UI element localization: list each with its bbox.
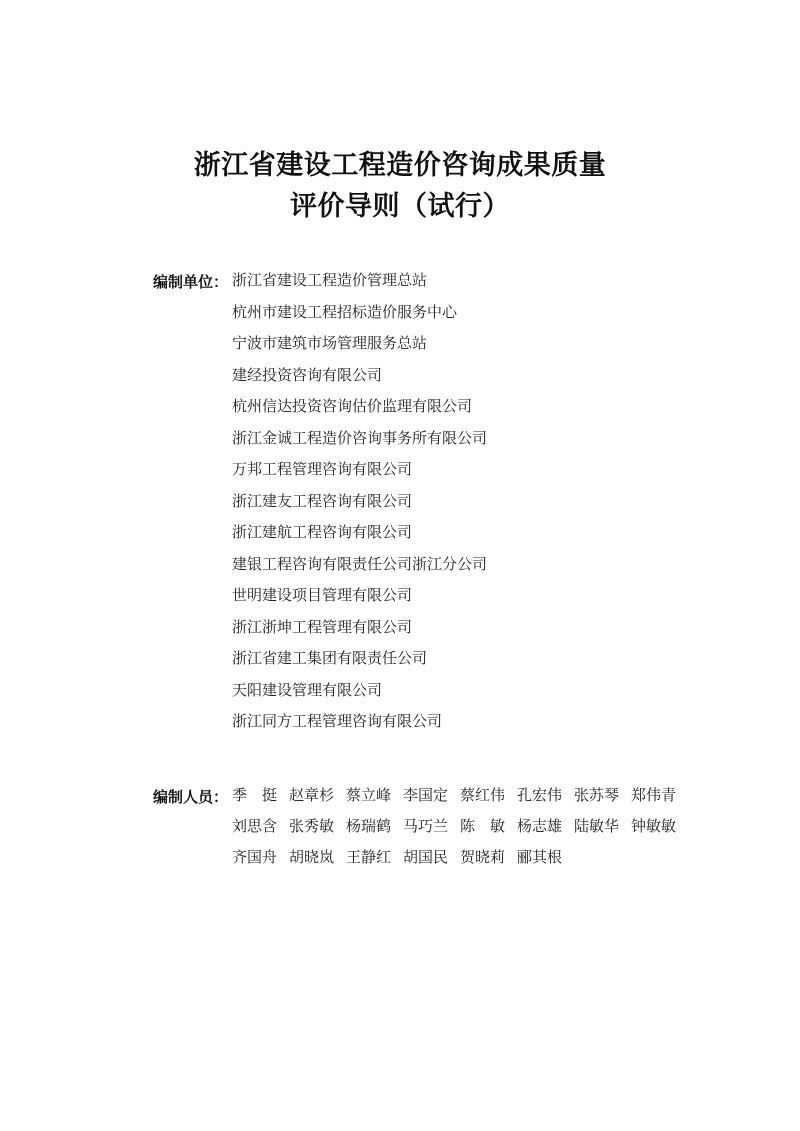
staff-name: 张苏琴 xyxy=(574,786,631,817)
unit-item: 建银工程咨询有限责任公司浙江分公司 xyxy=(232,555,487,587)
staff-name: 蔡立峰 xyxy=(346,786,403,817)
staff-name: 杨瑞鹤 xyxy=(346,817,403,848)
staff-row: 刘思含 张秀敏 杨瑞鹤 马巧兰 陈 敏 杨志雄 陆敏华 钟敏敏 xyxy=(232,817,688,848)
unit-item: 杭州信达投资咨询估价监理有限公司 xyxy=(232,397,487,429)
document-title-line2: 评价导则（试行） xyxy=(0,184,800,223)
staff-name: 马巧兰 xyxy=(403,817,460,848)
staff-name: 王静红 xyxy=(346,848,403,879)
compiling-staff-list: 季 挺 赵章杉 蔡立峰 李国定 蔡红伟 孔宏伟 张苏琴 郑伟青 刘思含 张秀敏 … xyxy=(232,786,688,879)
unit-item: 宁波市建筑市场管理服务总站 xyxy=(232,334,487,366)
document-title-line1: 浙江省建设工程造价咨询成果质量 xyxy=(0,143,800,182)
unit-item: 浙江同方工程管理咨询有限公司 xyxy=(232,712,487,744)
compiling-staff-label: 编制人员： xyxy=(153,786,228,807)
unit-item: 浙江金诚工程造价咨询事务所有限公司 xyxy=(232,429,487,461)
staff-name: 蔡红伟 xyxy=(460,786,517,817)
staff-name: 季 挺 xyxy=(232,786,289,817)
unit-item: 世明建设项目管理有限公司 xyxy=(232,586,487,618)
unit-item: 浙江建航工程咨询有限公司 xyxy=(232,523,487,555)
staff-name: 钟敏敏 xyxy=(631,817,688,848)
unit-item: 浙江建友工程咨询有限公司 xyxy=(232,492,487,524)
unit-item: 天阳建设管理有限公司 xyxy=(232,681,487,713)
unit-item: 杭州市建设工程招标造价服务中心 xyxy=(232,303,487,335)
staff-name: 陆敏华 xyxy=(574,817,631,848)
unit-item: 浙江省建工集团有限责任公司 xyxy=(232,649,487,681)
staff-name: 赵章杉 xyxy=(289,786,346,817)
staff-name: 贺晓莉 xyxy=(460,848,517,879)
staff-name: 胡国民 xyxy=(403,848,460,879)
staff-name: 孔宏伟 xyxy=(517,786,574,817)
unit-item: 浙江浙坤工程管理有限公司 xyxy=(232,618,487,650)
staff-name: 杨志雄 xyxy=(517,817,574,848)
staff-name: 陈 敏 xyxy=(460,817,517,848)
staff-name: 郦其根 xyxy=(517,848,574,879)
staff-name: 齐国舟 xyxy=(232,848,289,879)
staff-name: 张秀敏 xyxy=(289,817,346,848)
compiling-units-label: 编制单位： xyxy=(153,271,228,292)
unit-item: 浙江省建设工程造价管理总站 xyxy=(232,271,487,303)
staff-row: 季 挺 赵章杉 蔡立峰 李国定 蔡红伟 孔宏伟 张苏琴 郑伟青 xyxy=(232,786,688,817)
staff-name: 刘思含 xyxy=(232,817,289,848)
unit-item: 万邦工程管理咨询有限公司 xyxy=(232,460,487,492)
document-page: 浙江省建设工程造价咨询成果质量 评价导则（试行） 编制单位： 浙江省建设工程造价… xyxy=(0,0,800,1131)
staff-name: 李国定 xyxy=(403,786,460,817)
staff-row: 齐国舟 胡晓岚 王静红 胡国民 贺晓莉 郦其根 xyxy=(232,848,688,879)
staff-name: 胡晓岚 xyxy=(289,848,346,879)
staff-name: 郑伟青 xyxy=(631,786,688,817)
unit-item: 建经投资咨询有限公司 xyxy=(232,366,487,398)
compiling-units-list: 浙江省建设工程造价管理总站 杭州市建设工程招标造价服务中心 宁波市建筑市场管理服… xyxy=(232,271,487,744)
